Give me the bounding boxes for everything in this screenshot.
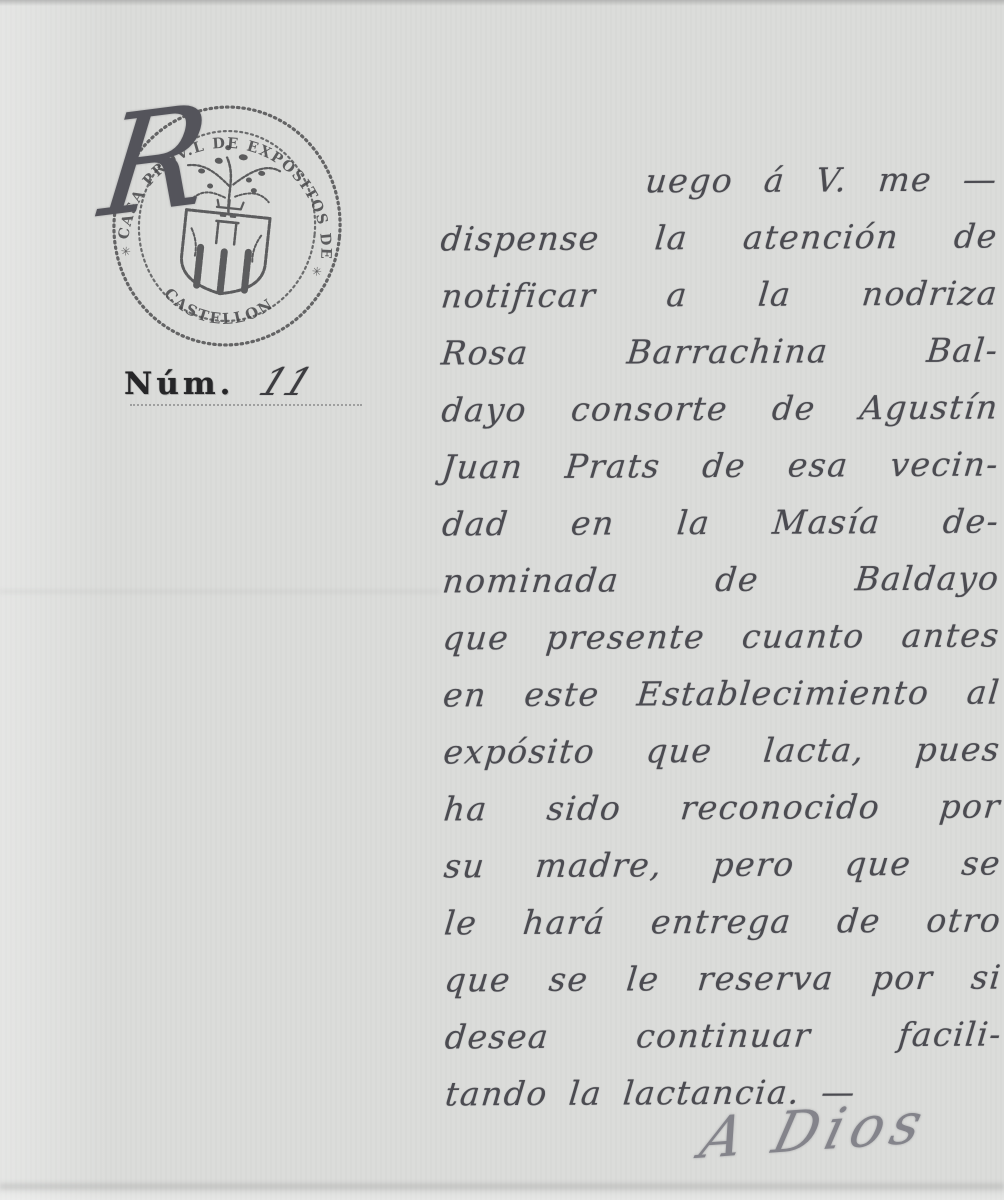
handwritten-line: en este Establecimiento al: [440, 664, 1003, 724]
num-label: Núm.: [124, 366, 234, 402]
scanned-letter-page: CASA PROV.L DE EXPOSITOS DE CASTELLON ✳ …: [0, 0, 1004, 1200]
handwritten-line: Ruego á V. me —: [438, 151, 1001, 211]
paper-smudge: [0, 590, 440, 593]
handwritten-line: expósito que lacta, pues: [441, 721, 1004, 781]
handwritten-line: Rosa Barrachina Bal-: [439, 322, 1002, 382]
letter-body: Ruego á V. me — dispense la atención de …: [440, 151, 1002, 1123]
handwritten-line: ha sido reconocido por: [441, 778, 1004, 838]
handwritten-line: dad en la Masía de-: [440, 493, 1003, 553]
handwritten-line: Juan Prats de esa vecin-: [439, 436, 1002, 496]
num-value: 11: [253, 360, 319, 404]
handwritten-line: desea continuar facili-: [442, 1006, 1004, 1066]
seal-star-left-icon: ✳: [120, 244, 131, 259]
handwritten-line: que se le reserva por si: [442, 949, 1004, 1009]
num-dotted-line: [130, 404, 362, 406]
handwritten-line: notificar a la nodriza: [438, 265, 1001, 325]
paper-edge-shading: [0, 1183, 1004, 1190]
drop-cap: R: [94, 86, 216, 239]
handwritten-line: dispense la atención de: [438, 208, 1001, 268]
handwritten-text: uego á V. me —: [644, 160, 1000, 201]
handwritten-line: nominada de Baldayo: [440, 550, 1003, 610]
handwritten-line: dayo consorte de Agustín: [439, 379, 1002, 439]
handwritten-line: le hará entrega de otro: [442, 892, 1004, 952]
handwritten-line: que presente cuanto antes: [440, 607, 1003, 667]
handwritten-line: su madre, pero que se: [441, 835, 1004, 895]
seal-star-right-icon: ✳: [311, 264, 322, 279]
num-field: Núm. 11: [124, 366, 394, 418]
